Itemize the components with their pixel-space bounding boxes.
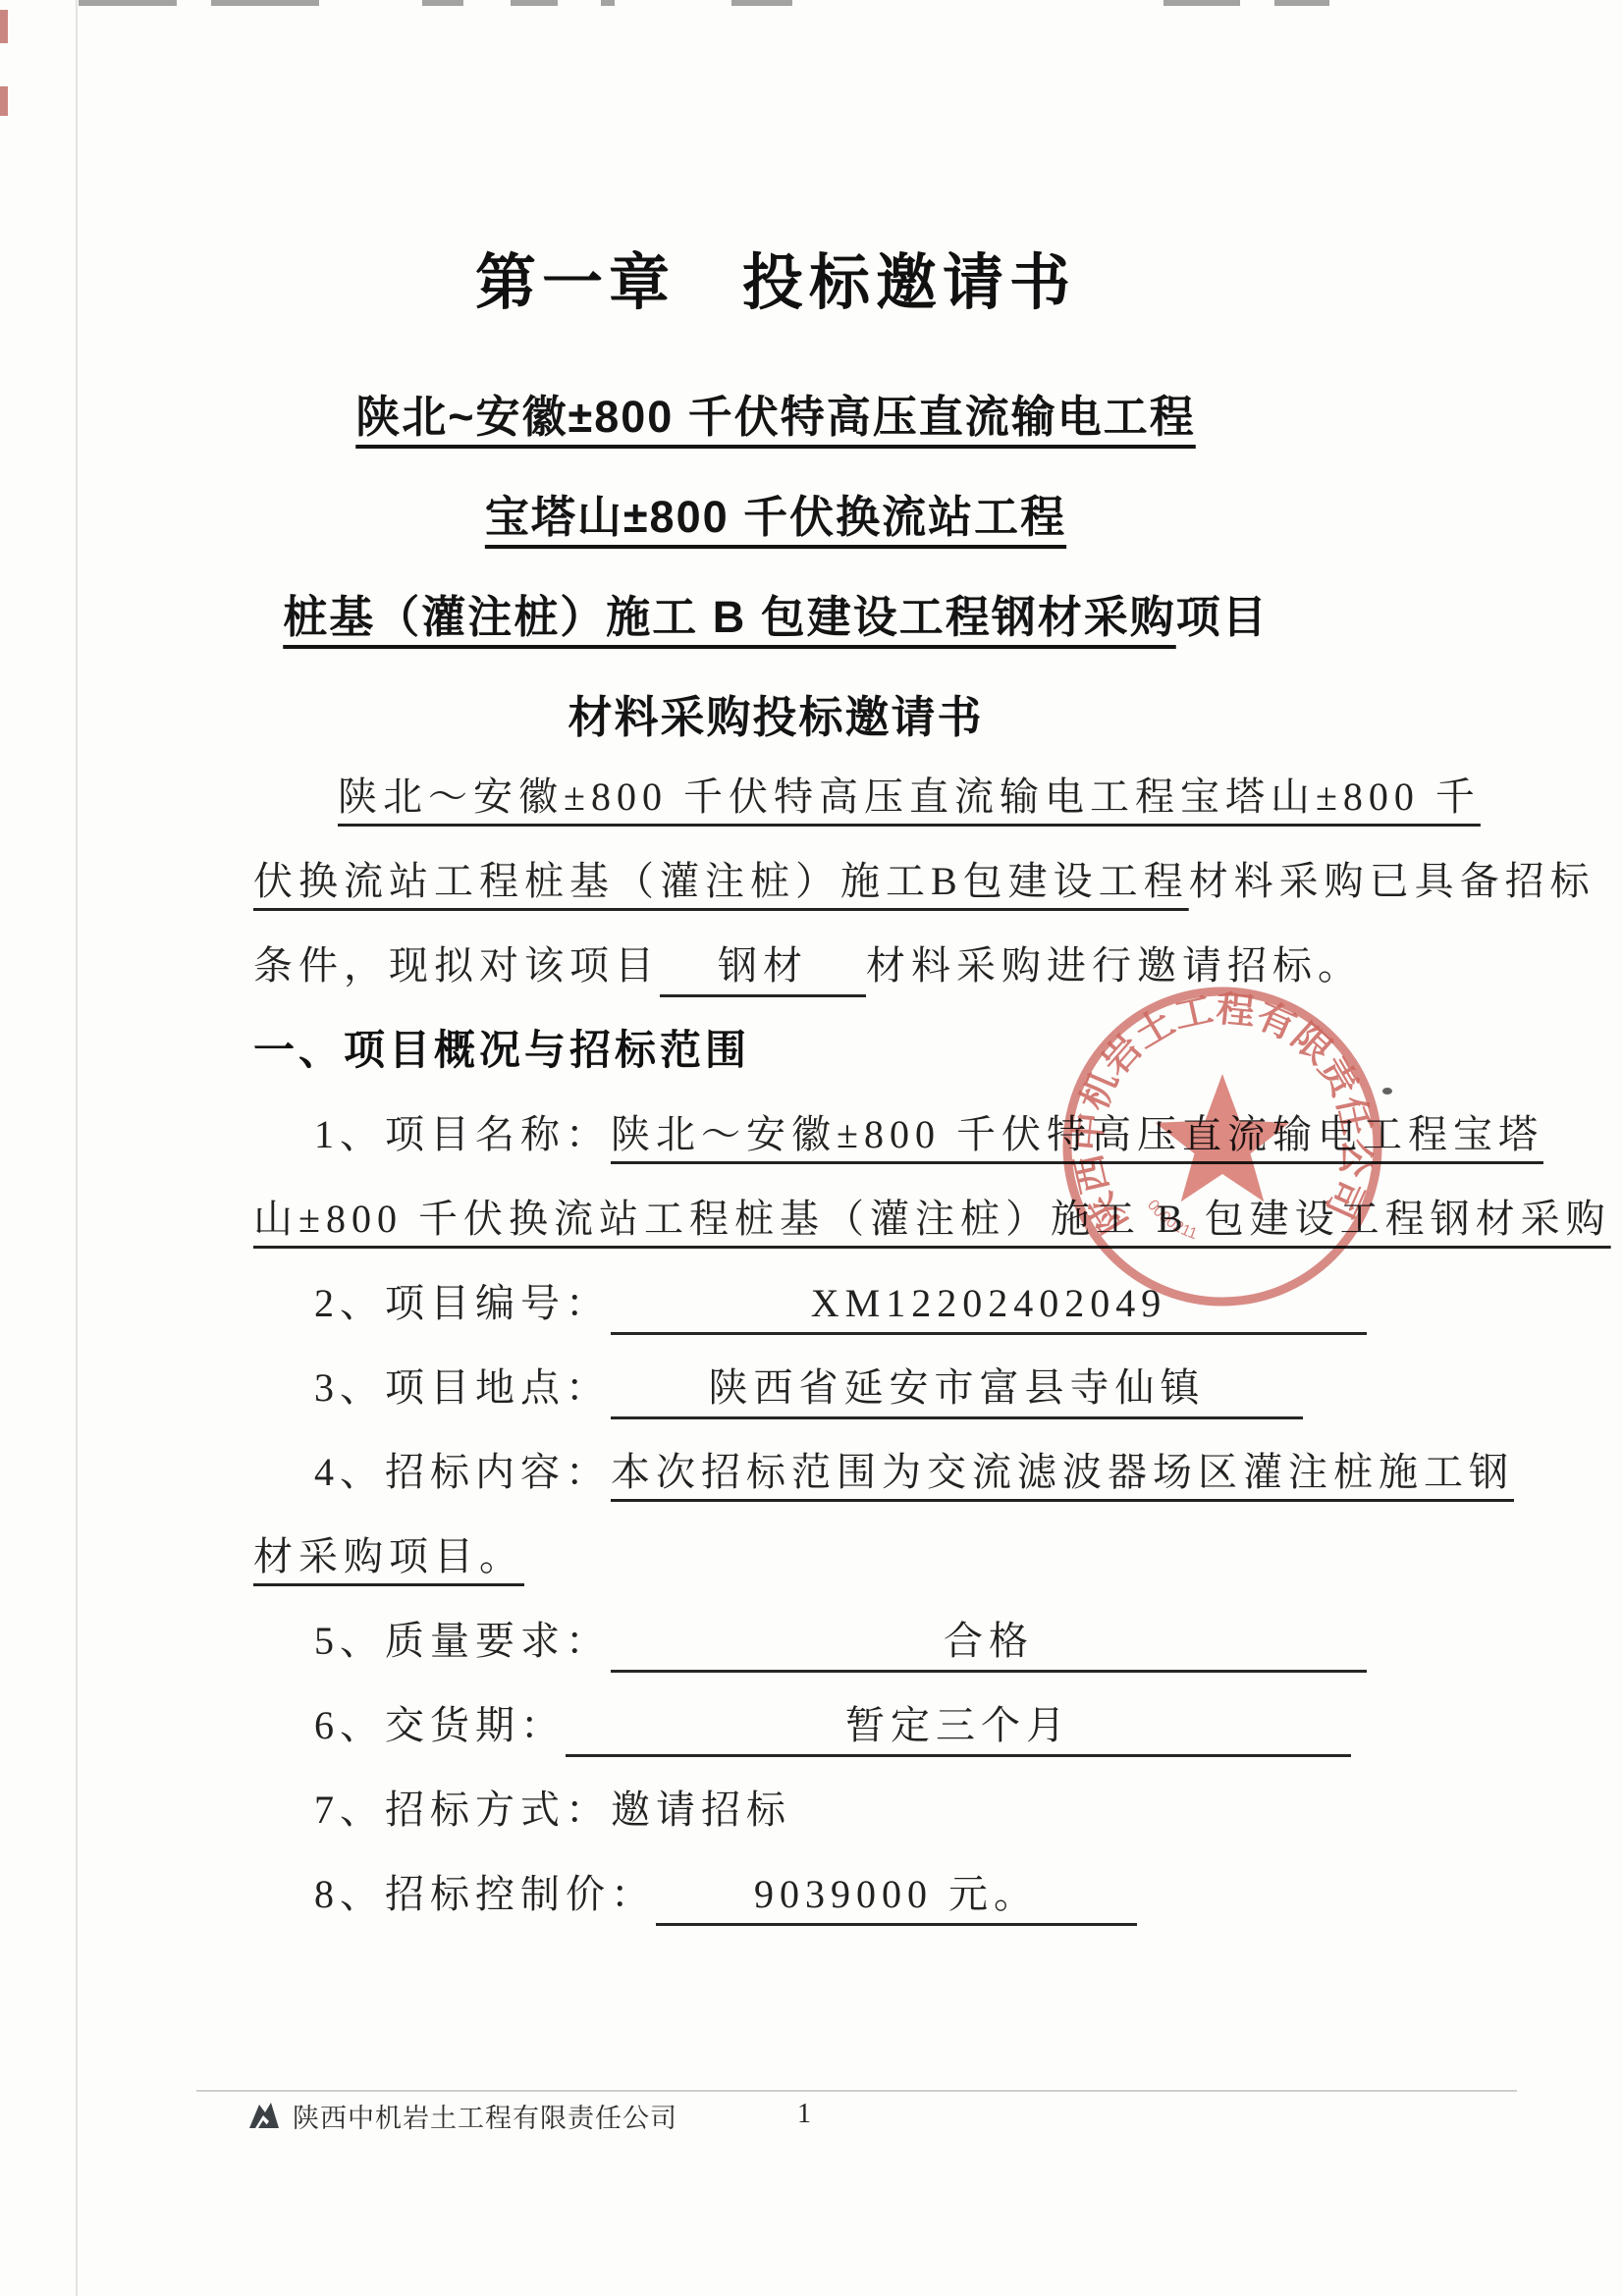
subtitle-3-suffix: 项目	[1176, 592, 1269, 642]
project-location-blank: 陕西省延安市富县寺仙镇	[611, 1360, 1303, 1419]
seal-star-icon	[1156, 1074, 1290, 1201]
intro-line-2-rest: 材料采购已具备招标	[1189, 859, 1596, 903]
chapter-title: 第一章 投标邀请书	[118, 234, 1434, 321]
scan-artifact	[601, 0, 615, 6]
item-2-label: 2、项目编号：	[314, 1281, 611, 1325]
project-subtitle-1: 陕北~安徽±800 千伏特高压直流输电工程	[118, 381, 1434, 445]
item-bid-content-cont: 材采购项目。	[253, 1525, 1432, 1588]
item-7-value: 邀请招标	[611, 1788, 791, 1832]
item-5-label: 5、质量要求：	[314, 1619, 611, 1663]
item-3-label: 3、项目地点：	[314, 1365, 611, 1410]
scanned-document-page: 第一章 投标邀请书 陕北~安徽±800 千伏特高压直流输电工程 宝塔山±800 …	[0, 0, 1623, 2296]
intro-line-1: 陕北～安徽±800 千伏特高压直流输电工程宝塔山±800 千	[253, 766, 1516, 828]
scan-artifact	[731, 0, 792, 6]
item-1-label: 1、项目名称：	[314, 1112, 611, 1156]
intro-line-3-pre: 条件，现拟对该项目	[253, 943, 660, 988]
quality-blank: 合格	[611, 1613, 1367, 1673]
scan-artifact	[211, 0, 319, 6]
intro-line-2: 伏换流站工程桩基（灌注桩）施工B包建设工程材料采购已具备招标	[253, 850, 1432, 913]
item-bid-method: 7、招标方式：邀请招标	[314, 1779, 1492, 1842]
scan-artifact	[0, 10, 8, 43]
item-quality-requirement: 5、质量要求：合格	[314, 1610, 1492, 1673]
item-4-value-line1: 本次招标范围为交流滤波器场区灌注桩施工钢	[611, 1450, 1514, 1494]
item-delivery-period: 6、交货期：暂定三个月	[314, 1694, 1492, 1757]
scan-edge-line	[76, 0, 78, 2296]
scan-artifact	[1274, 0, 1329, 6]
svg-text:0000211: 0000211	[1144, 1197, 1200, 1243]
company-logo-icon	[247, 2101, 281, 2130]
item-control-price: 8、招标控制价：9039000 元。	[314, 1863, 1492, 1926]
footer-company-name: 陕西中机岩土工程有限责任公司	[293, 2097, 677, 2135]
item-project-location: 3、项目地点：陕西省延安市富县寺仙镇	[314, 1357, 1492, 1419]
footer: 陕西中机岩土工程有限责任公司	[247, 2099, 677, 2132]
scan-artifact	[0, 86, 8, 116]
intro-line-2-underlined: 伏换流站工程桩基（灌注桩）施工B包建设工程	[253, 859, 1189, 903]
seal-serial-number: 0000211	[1144, 1197, 1200, 1243]
item-4-label: 4、招标内容：	[314, 1450, 611, 1494]
subtitle-3-filled-text: 桩基（灌注桩）施工 B 包建设工程钢材采购	[283, 592, 1176, 642]
subtitle-2-text: 宝塔山±800 千伏换流站工程	[485, 492, 1066, 542]
project-subtitle-3: 桩基（灌注桩）施工 B 包建设工程钢材采购项目	[118, 581, 1434, 645]
material-type-blank: 钢材	[660, 937, 866, 997]
item-4-value-line2: 材采购项目。	[253, 1534, 524, 1578]
footer-divider	[196, 2090, 1517, 2092]
scan-artifact	[79, 0, 177, 6]
red-seal-stamp: 陕西中机岩土工程有限责任公司 0000211	[1054, 978, 1391, 1315]
scan-artifact	[422, 0, 463, 6]
control-price-blank: 9039000 元。	[656, 1866, 1137, 1926]
item-7-label: 7、招标方式：	[314, 1788, 611, 1832]
scan-artifact	[511, 0, 558, 6]
item-1-value-line2: 山±800 千伏换流站工程桩基（灌注桩）施工 B 包建设工程钢材采购	[253, 1197, 1611, 1241]
intro-line-1-underlined: 陕北～安徽±800 千伏特高压直流输电工程宝塔山±800 千	[338, 774, 1481, 819]
item-bid-content: 4、招标内容：本次招标范围为交流滤波器场区灌注桩施工钢	[314, 1441, 1492, 1504]
delivery-blank: 暂定三个月	[566, 1697, 1351, 1757]
item-8-label: 8、招标控制价：	[314, 1872, 656, 1916]
page-number: 1	[797, 2099, 811, 2130]
invitation-subtitle: 材料采购投标邀请书	[118, 681, 1434, 745]
project-subtitle-2: 宝塔山±800 千伏换流站工程	[118, 481, 1434, 545]
scan-artifact	[1163, 0, 1240, 6]
subtitle-1-text: 陕北~安徽±800 千伏特高压直流输电工程	[355, 392, 1196, 442]
item-6-label: 6、交货期：	[314, 1703, 566, 1747]
